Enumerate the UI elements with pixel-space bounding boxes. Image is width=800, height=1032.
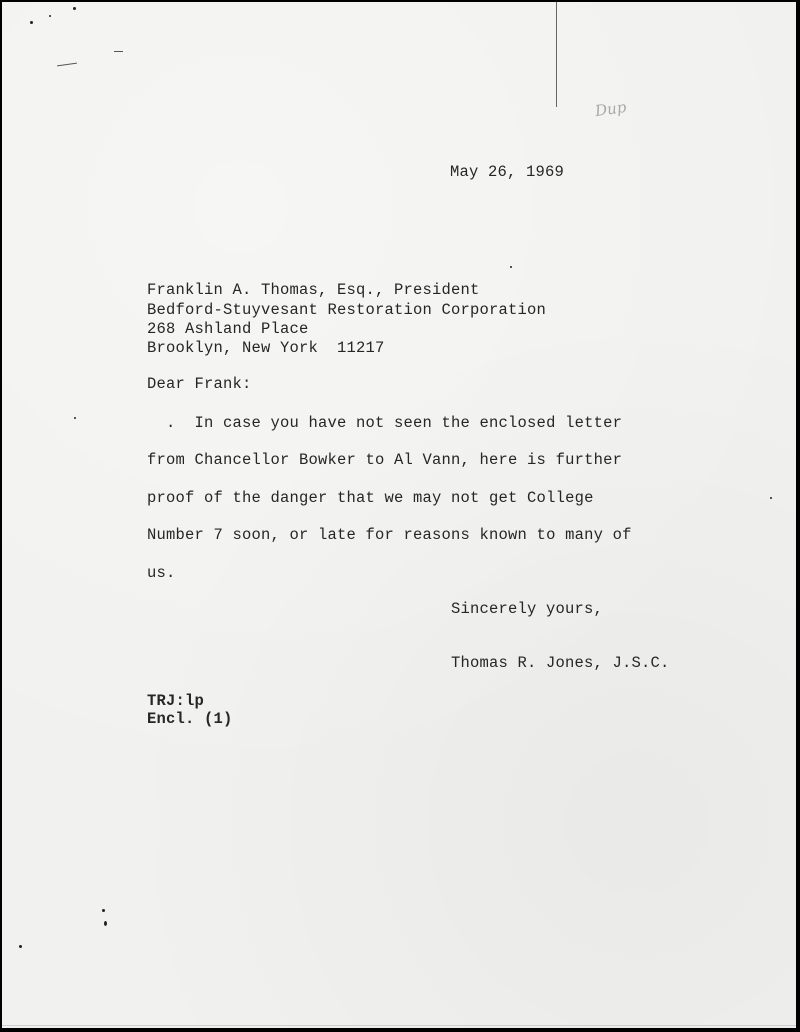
body-line: . In case you have not seen the enclosed… xyxy=(147,416,622,432)
scan-edge-line xyxy=(2,1025,796,1026)
scan-speck xyxy=(49,15,51,17)
reference-initials: TRJ:lp xyxy=(147,694,204,710)
fold-line xyxy=(556,2,557,107)
scan-speck xyxy=(74,417,76,419)
scan-speck xyxy=(102,909,105,912)
scan-speck xyxy=(770,497,772,499)
scan-scratch xyxy=(57,63,77,67)
scan-speck xyxy=(19,945,22,948)
scan-speck xyxy=(73,7,76,10)
recipient-street-line: 268 Ashland Place xyxy=(147,322,309,338)
body-line: us. xyxy=(147,566,176,582)
signer-name: Thomas R. Jones, J.S.C. xyxy=(451,656,670,672)
salutation: Dear Frank: xyxy=(147,377,252,393)
handwritten-note: Dup xyxy=(594,98,627,120)
enclosure-notation: Encl. (1) xyxy=(147,712,233,728)
scan-scratch xyxy=(114,51,123,52)
body-line: Number 7 soon, or late for reasons known… xyxy=(147,528,632,544)
letter-date: May 26, 1969 xyxy=(450,165,564,181)
letter-page: Dup May 26, 1969 Franklin A. Thomas, Esq… xyxy=(2,2,796,1028)
recipient-name-line: Franklin A. Thomas, Esq., President xyxy=(147,283,480,299)
scan-speck xyxy=(104,921,107,926)
body-line: from Chancellor Bowker to Al Vann, here … xyxy=(147,453,622,469)
recipient-city-line: Brooklyn, New York 11217 xyxy=(147,341,385,357)
closing: Sincerely yours, xyxy=(451,602,603,618)
scan-speck xyxy=(510,266,512,268)
scan-speck xyxy=(30,21,33,24)
recipient-organization-line: Bedford-Stuyvesant Restoration Corporati… xyxy=(147,303,546,319)
body-line: proof of the danger that we may not get … xyxy=(147,491,594,507)
